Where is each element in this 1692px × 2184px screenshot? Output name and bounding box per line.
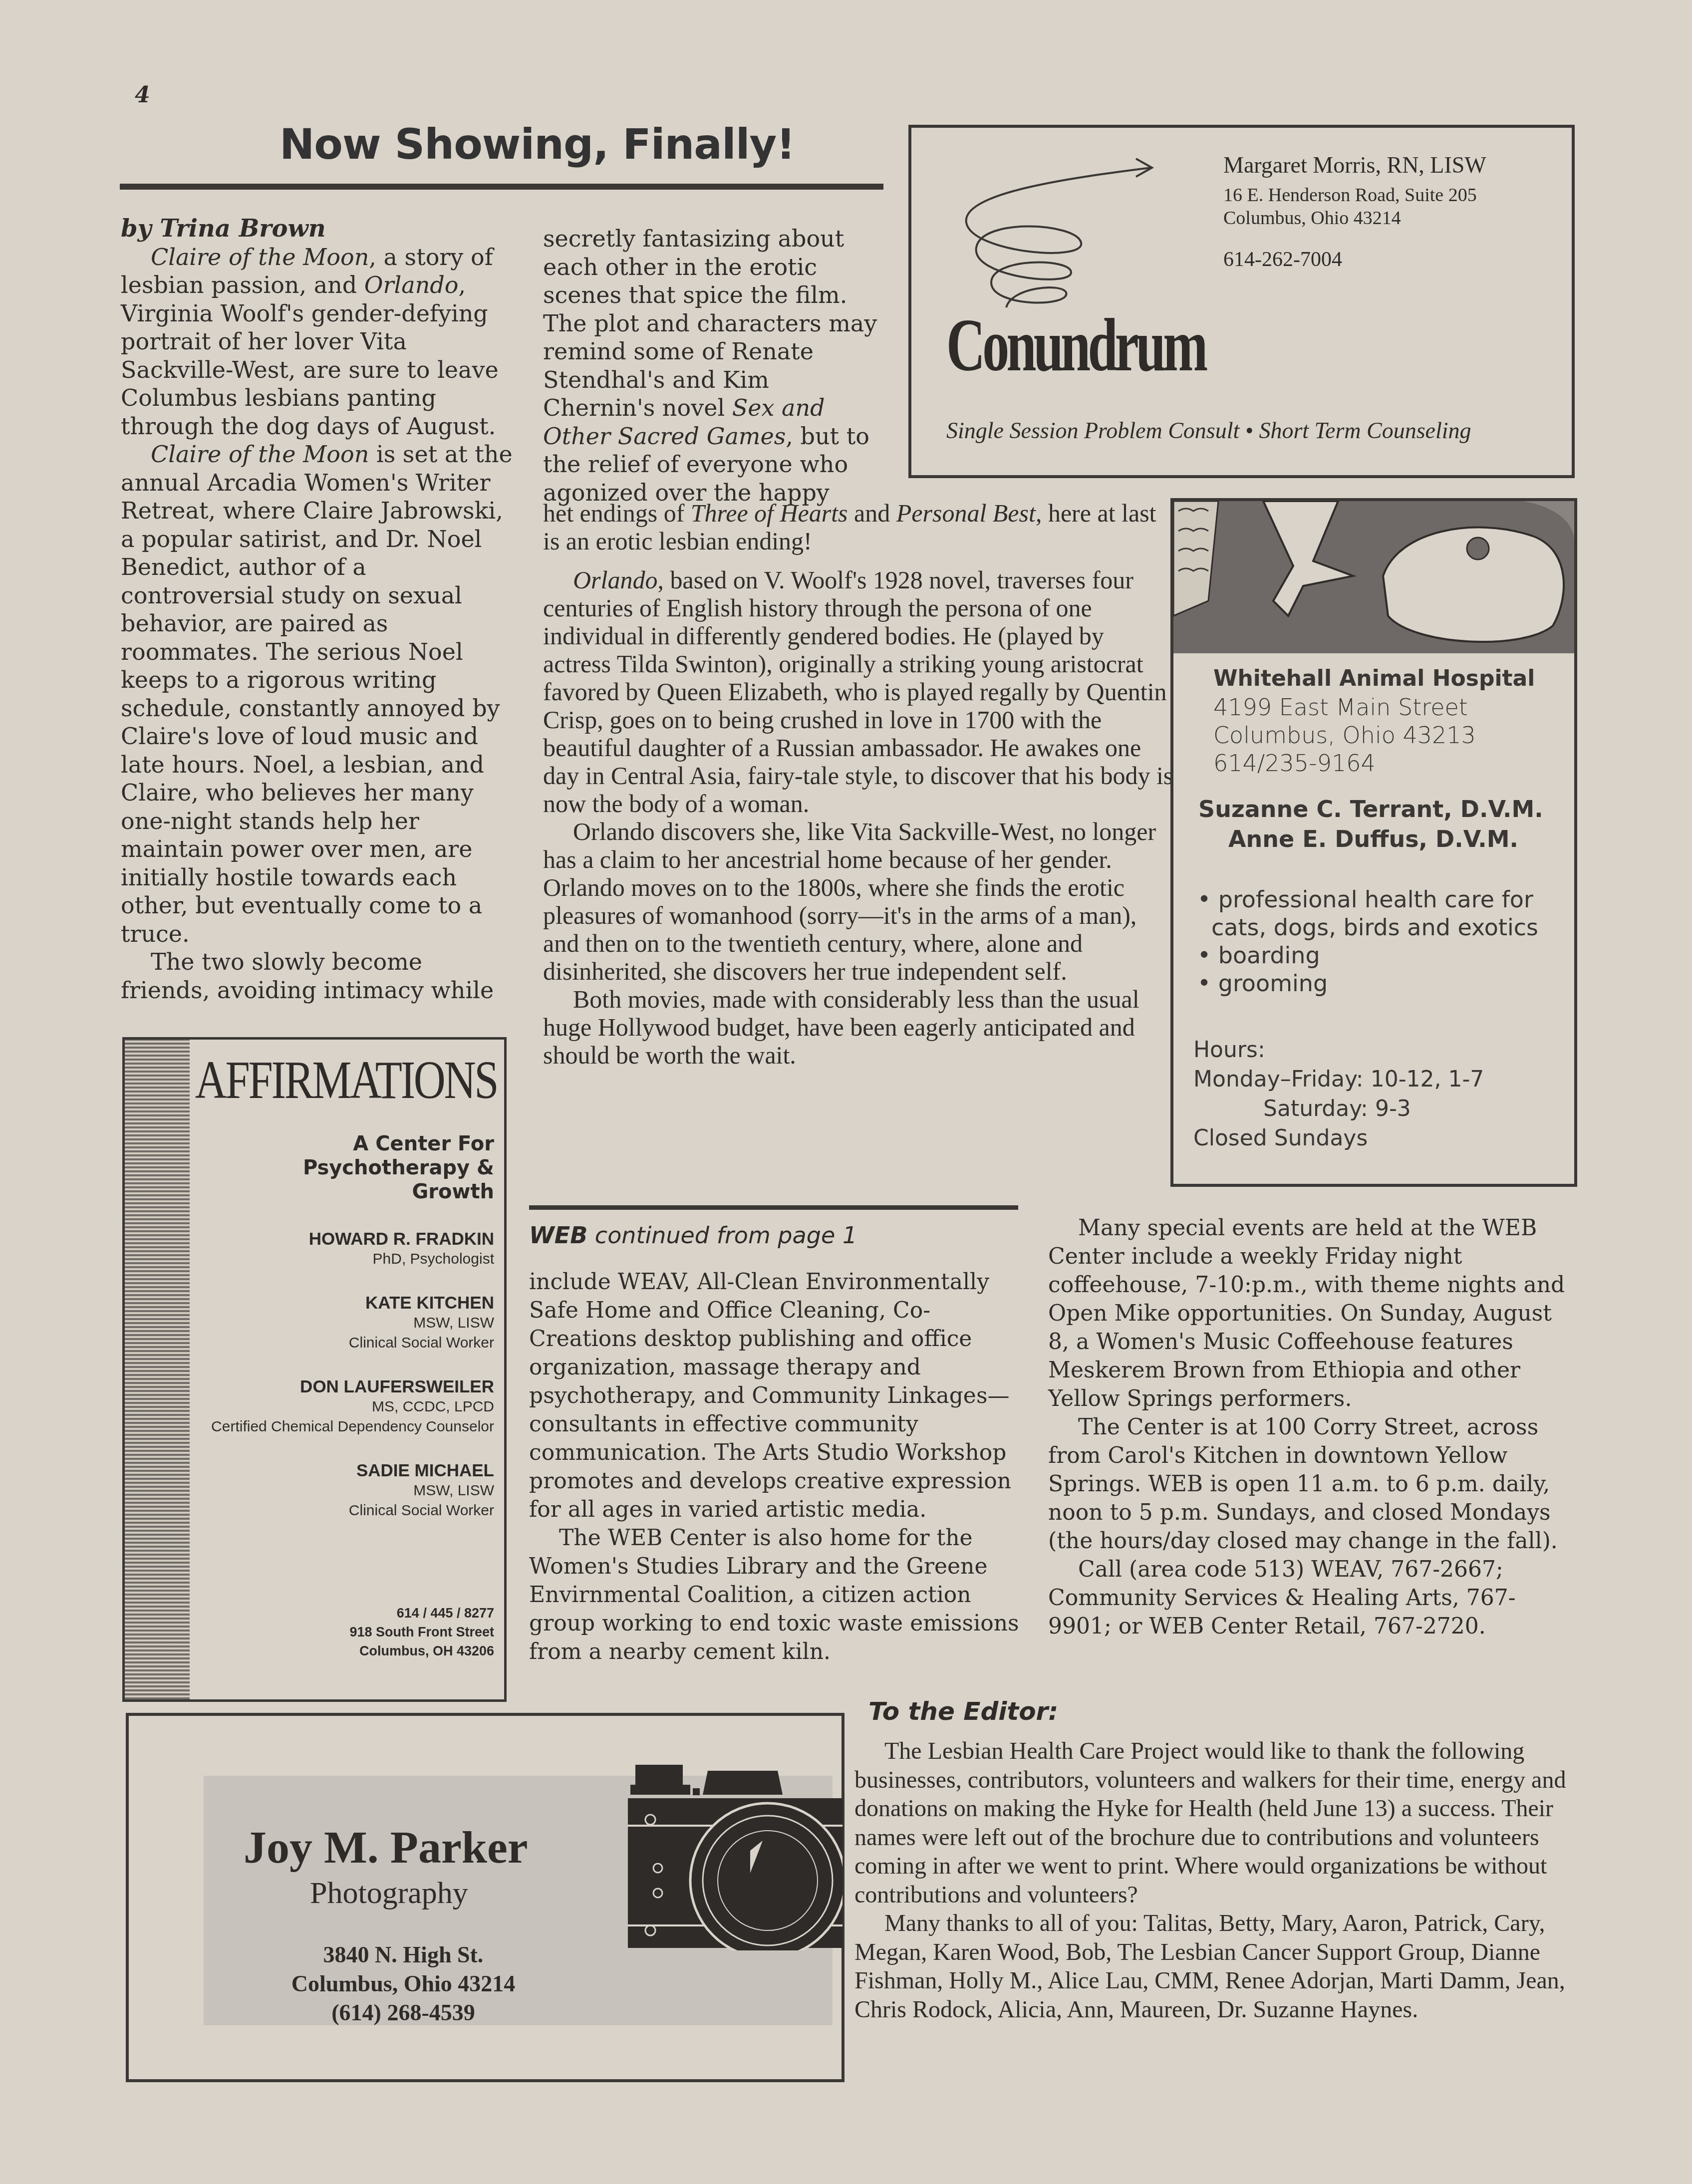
service-item: • boarding — [1197, 941, 1567, 969]
staff-name: HOWARD R. FRADKIN — [211, 1229, 494, 1249]
halftone-stripe — [125, 1040, 190, 1699]
article-paragraph: The two slowly become friends, avoiding … — [121, 948, 515, 1004]
article-paragraph: het endings of Three of Hearts and Perso… — [543, 499, 1177, 555]
staff-name: SADIE MICHAEL — [211, 1461, 494, 1481]
address-line: Columbus, Ohio 43214 — [1223, 207, 1477, 230]
address-line: 4199 East Main Street — [1213, 693, 1476, 721]
services-list: • professional health care for cats, dog… — [1197, 885, 1567, 997]
letter-heading: To the Editor: — [868, 1697, 1058, 1726]
address-line: Columbus, OH 43206 — [349, 1641, 494, 1660]
staff-credentials: MSW, LISW — [211, 1481, 494, 1501]
film-title: Orlando — [364, 272, 459, 298]
joy-parker-photography-ad: Joy M. Parker Photography 3840 N. High S… — [126, 1713, 845, 2082]
subtitle-line: A Center For — [303, 1132, 494, 1156]
address-line: Columbus, Ohio 43214 — [264, 1969, 543, 1998]
article-column-1: by Trina Brown Claire of the Moon, a sto… — [121, 215, 515, 1004]
hours-saturday: Saturday: 9-3 — [1193, 1094, 1484, 1123]
text: , based on V. Woolf's 1928 novel, traver… — [543, 566, 1173, 818]
hours-sunday: Closed Sundays — [1193, 1123, 1484, 1153]
article-paragraph: Claire of the Moon is set at the annual … — [121, 440, 515, 948]
photographer-name: Joy M. Parker — [244, 1821, 528, 1874]
address-line: 918 South Front Street — [349, 1623, 494, 1641]
affirmations-ad: AFFIRMATIONS A Center For Psychotherapy … — [122, 1037, 507, 1702]
article-paragraph: include WEAV, All-Clean Environmentally … — [529, 1268, 1023, 1524]
counselor-name: Margaret Morris, RN, LISW — [1223, 152, 1486, 178]
photographer-address: 3840 N. High St. Columbus, Ohio 43214 (6… — [264, 1940, 543, 2027]
service-item: • grooming — [1197, 969, 1567, 997]
staff-title: Clinical Social Worker — [211, 1333, 494, 1353]
address-line: 16 E. Henderson Road, Suite 205 — [1223, 184, 1477, 207]
article-paragraph: The WEB Center is also home for the Wome… — [529, 1524, 1023, 1666]
film-title: Three of Hearts — [691, 499, 848, 527]
web-column-1: include WEAV, All-Clean Environmentally … — [529, 1268, 1023, 1666]
subtitle-line: Growth — [303, 1180, 494, 1204]
article-paragraph: The Center is at 100 Corry Street, acros… — [1048, 1413, 1577, 1555]
veterinarian-name: Anne E. Duffus, D.V.M. — [1228, 825, 1518, 852]
staff-credentials: MS, CCDC, LPCD — [211, 1397, 494, 1417]
service-item: • professional health care for cats, dog… — [1197, 885, 1567, 941]
hospital-hours: Hours: Monday–Friday: 10-12, 1-7 Saturda… — [1193, 1035, 1484, 1153]
hospital-name: Whitehall Animal Hospital — [1213, 666, 1535, 691]
phone: 614 / 445 / 8277 — [349, 1604, 494, 1623]
affirmations-subtitle: A Center For Psychotherapy & Growth — [303, 1132, 494, 1204]
conundrum-logo: Conundrum — [946, 302, 1205, 388]
film-title: Orlando — [573, 566, 657, 594]
letter-body: The Lesbian Health Care Project would li… — [854, 1737, 1573, 2024]
address-line: 3840 N. High St. — [264, 1940, 543, 1969]
staff-name: DON LAUFERSWEILER — [211, 1377, 494, 1397]
affirmations-contact: 614 / 445 / 8277 918 South Front Street … — [349, 1604, 494, 1660]
staff-list: HOWARD R. FRADKIN PhD, Psychologist KATE… — [211, 1229, 494, 1521]
whitehall-animal-hospital-ad: Whitehall Animal Hospital 4199 East Main… — [1170, 498, 1577, 1187]
article-paragraph: Many special events are held at the WEB … — [1048, 1214, 1577, 1413]
heading-rest: continued from page 1 — [587, 1222, 857, 1249]
page-number: 4 — [135, 82, 150, 108]
film-title: Claire of the Moon — [151, 441, 369, 468]
staff-title: Certified Chemical Dependency Counselor — [211, 1417, 494, 1437]
animals-illustration-icon — [1173, 501, 1574, 653]
section-rule — [529, 1205, 1018, 1210]
conundrum-ad: Margaret Morris, RN, LISW 16 E. Henderso… — [908, 125, 1575, 478]
article-paragraph: Claire of the Moon, a story of lesbian p… — [121, 243, 515, 441]
animal-illustration — [1173, 501, 1574, 653]
text: secretly fantasizing about each other in… — [543, 225, 877, 421]
hospital-address: 4199 East Main Street Columbus, Ohio 432… — [1213, 693, 1476, 777]
film-title: Claire of the Moon — [151, 244, 369, 271]
conundrum-tagline: Single Session Problem Consult • Short T… — [946, 417, 1471, 444]
letter-paragraph: Many thanks to all of you: Talitas, Bett… — [854, 1909, 1573, 2024]
article-headline: Now Showing, Finally! — [280, 120, 795, 169]
staff-credentials: PhD, Psychologist — [211, 1249, 494, 1269]
camera-icon — [628, 1761, 843, 1950]
staff-title: Clinical Social Worker — [211, 1501, 494, 1521]
headline-rule — [120, 184, 883, 190]
veterinarian-name: Suzanne C. Terrant, D.V.M. — [1198, 796, 1543, 822]
article-column-2-wide: het endings of Three of Hearts and Perso… — [543, 499, 1177, 1069]
subtitle-line: Psychotherapy & — [303, 1156, 494, 1180]
staff-credentials: MSW, LISW — [211, 1313, 494, 1333]
text: and — [848, 499, 896, 527]
hours-weekday: Monday–Friday: 10-12, 1-7 — [1193, 1065, 1484, 1094]
article-paragraph: Orlando discovers she, like Vita Sackvil… — [543, 818, 1177, 985]
address-line: Columbus, Ohio 43213 — [1213, 721, 1476, 749]
heading-bold: WEB — [529, 1222, 587, 1249]
hospital-phone: 614/235-9164 — [1213, 749, 1476, 777]
article-paragraph: Orlando, based on V. Woolf's 1928 novel,… — [543, 566, 1177, 818]
byline: by Trina Brown — [121, 215, 515, 243]
letter-paragraph: The Lesbian Health Care Project would li… — [854, 1737, 1573, 1909]
phone: (614) 268-4539 — [264, 1998, 543, 2027]
text: is set at the annual Arcadia Women's Wri… — [121, 441, 513, 947]
web-column-2: Many special events are held at the WEB … — [1048, 1214, 1577, 1640]
photography-label: Photography — [310, 1876, 468, 1911]
article-column-2: secretly fantasizing about each other in… — [543, 225, 882, 507]
counselor-phone: 614-262-7004 — [1223, 248, 1342, 272]
counselor-address: 16 E. Henderson Road, Suite 205 Columbus… — [1223, 184, 1477, 230]
article-paragraph: Call (area code 513) WEAV, 767-2667; Com… — [1048, 1555, 1577, 1640]
text: het endings of — [543, 499, 691, 527]
article-paragraph: secretly fantasizing about each other in… — [543, 225, 882, 507]
film-title: Personal Best — [896, 499, 1036, 527]
affirmations-title: AFFIRMATIONS — [195, 1050, 497, 1111]
web-section-heading: WEB continued from page 1 — [529, 1222, 857, 1249]
staff-name: KATE KITCHEN — [211, 1293, 494, 1313]
hours-label: Hours: — [1193, 1035, 1484, 1065]
article-paragraph: Both movies, made with considerably less… — [543, 985, 1177, 1069]
